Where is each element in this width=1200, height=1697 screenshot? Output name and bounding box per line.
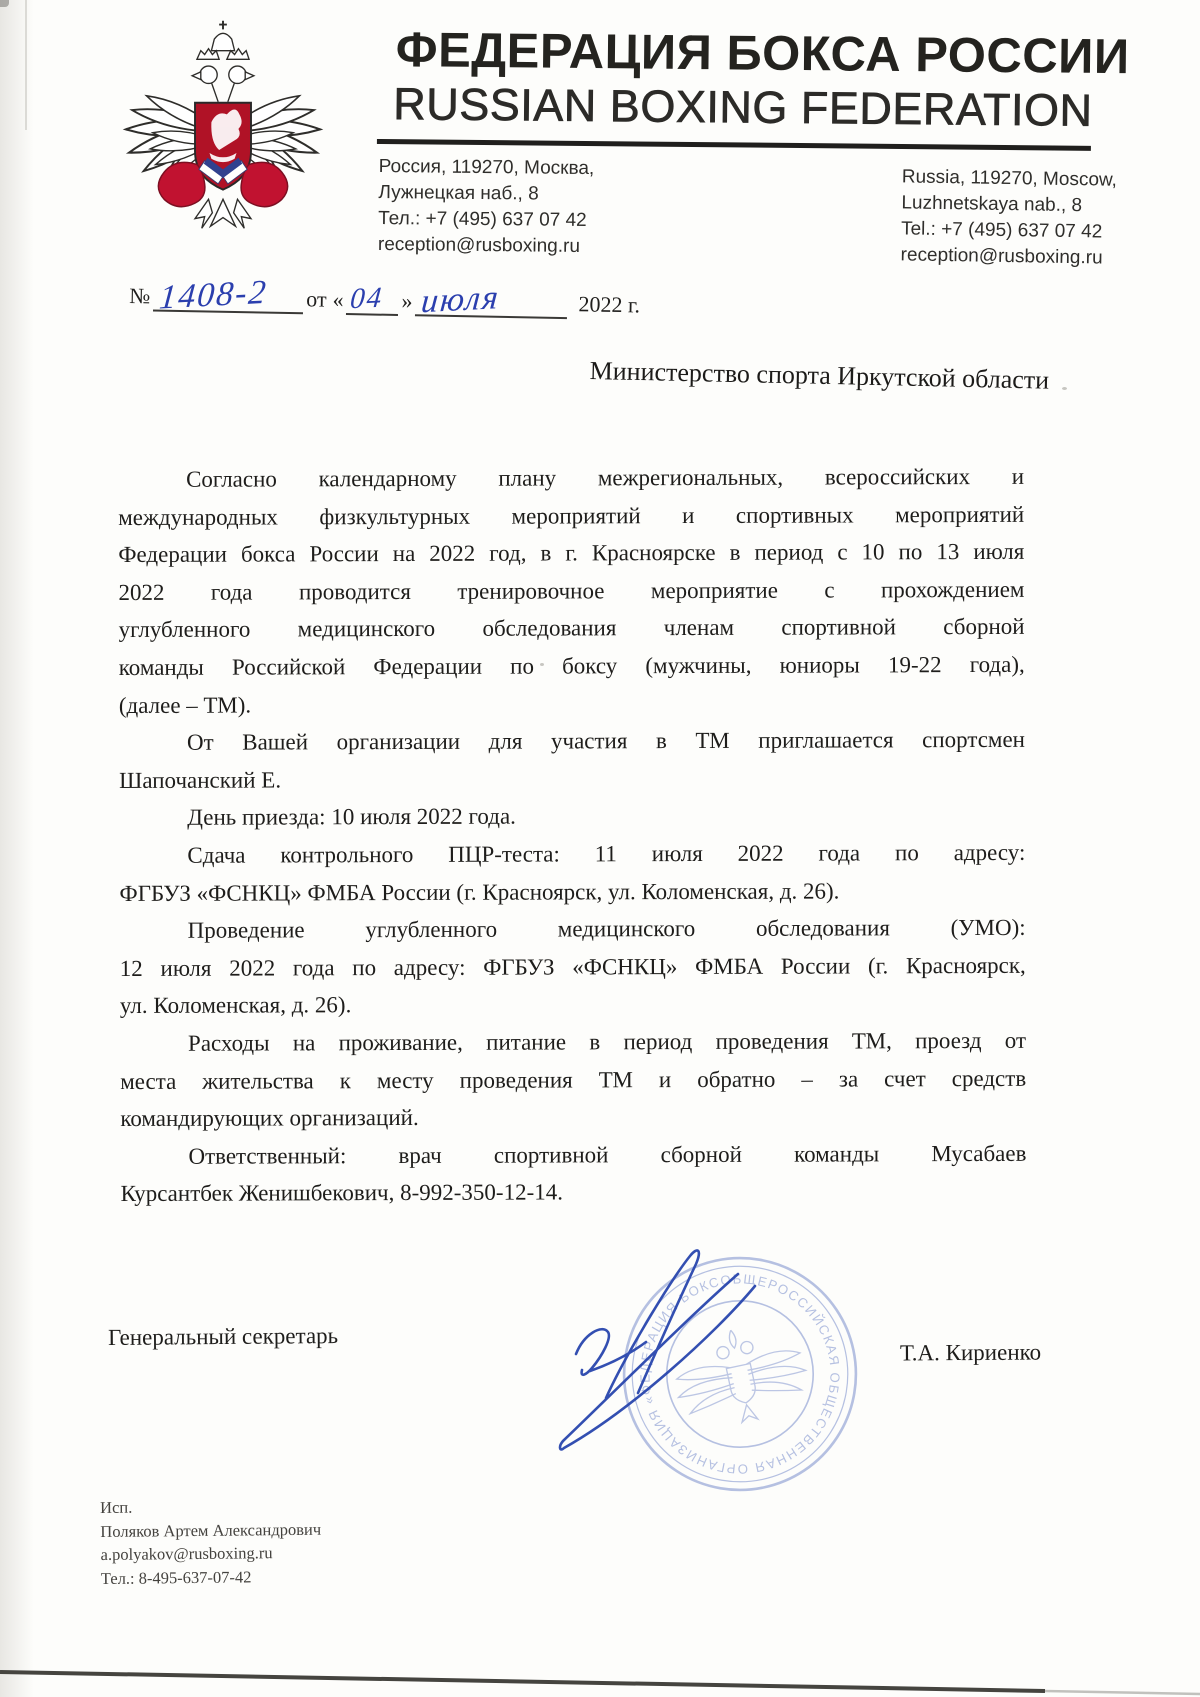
paper-speck <box>1062 387 1067 390</box>
body-line: От Вашей организации для участия в ТМ пр… <box>119 721 1025 762</box>
body-line: 2022 года проводится тренировочное мероп… <box>118 571 1024 612</box>
scan-edge-line <box>25 0 27 130</box>
quote-close: » <box>398 286 416 316</box>
address-line: Luzhnetskaya nab., 8 <box>901 190 1116 219</box>
executor-name: Поляков Артем Александрович <box>100 1517 321 1543</box>
body-line: Ответственный: врач спортивной сборной к… <box>120 1135 1026 1176</box>
signature-stroke <box>550 1236 790 1476</box>
body-line: углубленного медицинского обследования ч… <box>119 608 1025 649</box>
scan-bottom-edge <box>0 1655 1200 1697</box>
ref-month-blank: июля <box>415 272 568 319</box>
address-line: Лужнецкая наб., 8 <box>378 180 594 208</box>
executor-email: a.polyakov@rusboxing.ru <box>100 1541 321 1567</box>
scan-corner-artifact <box>0 0 9 7</box>
body-line: командирующих организаций. <box>120 1097 1026 1138</box>
address-line: reception@rusboxing.ru <box>900 242 1115 271</box>
org-name-ru: ФЕДЕРАЦИЯ БОКСА РОССИИ <box>396 22 1130 85</box>
body-line: команды Российской Федерации по боксу (м… <box>119 646 1025 687</box>
executor-block: Исп. Поляков Артем Александрович a.polya… <box>100 1494 322 1590</box>
body-line: Шапочанский Е. <box>119 759 1025 800</box>
address-block-ru: Россия, 119270, Москва, Лужнецкая наб., … <box>378 154 595 260</box>
address-block-en: Russia, 119270, Moscow, Luzhnetskaya nab… <box>900 164 1117 271</box>
letterhead-divider <box>377 139 1091 151</box>
body-line: места жительства к месту проведения ТМ и… <box>120 1059 1026 1100</box>
executor-phone: Тел.: 8-495-637-07-42 <box>101 1564 322 1590</box>
scanned-letter-page: ФЕДЕРАЦИЯ БОКСА РОССИИ RUSSIAN BOXING FE… <box>0 0 1200 1697</box>
reference-line: № 1408-2 от « 04 » июля 2022 г. <box>126 267 644 320</box>
body-line: Согласно календарному плану межрегиональ… <box>118 458 1024 499</box>
body-line: Проведение углубленного медицинского обс… <box>120 909 1026 950</box>
body-line: ул. Коломенская, д. 26). <box>120 984 1026 1025</box>
body-line: международных физкультурных мероприятий … <box>118 495 1024 536</box>
ref-number-blank: 1408-2 <box>153 268 304 315</box>
ref-number-handwritten: 1408-2 <box>158 274 270 318</box>
body-line: (далее – ТМ). <box>119 683 1025 724</box>
ref-year: 2022 г. <box>575 289 643 320</box>
body-line: День приезда: 10 июля 2022 года. <box>119 796 1025 837</box>
quote-open: « <box>329 285 347 315</box>
body-line: Сдача контрольного ПЦР-теста: 11 июля 20… <box>119 834 1025 875</box>
scan-left-shadow <box>0 0 34 1697</box>
body-line: ФГБУЗ «ФСНКЦ» ФМБА России (г. Красноярск… <box>119 871 1025 912</box>
number-sign: № <box>126 281 154 311</box>
addressee: Министерство спорта Иркутской области <box>589 356 1049 396</box>
body-line: Расходы на проживание, питание в период … <box>120 1022 1026 1063</box>
signer-title: Генеральный секретарь <box>108 1323 338 1351</box>
ref-month-handwritten: июля <box>420 279 502 321</box>
address-line: Россия, 119270, Москва, <box>379 154 595 182</box>
letter-body: Согласно календарному плану межрегиональ… <box>118 458 1027 1213</box>
address-line: Russia, 119270, Moscow, <box>902 164 1117 193</box>
ref-day-handwritten: 04 <box>349 281 385 316</box>
body-line: Курсантбек Женишбекович, 8-992-350-12-14… <box>120 1172 1026 1213</box>
body-line: Федерации бокса России на 2022 год, в г.… <box>118 533 1024 574</box>
rbf-emblem-logo <box>112 8 334 240</box>
address-line: Tel.: +7 (495) 637 07 42 <box>901 216 1116 245</box>
signer-name: Т.А. Кириенко <box>900 1340 1041 1367</box>
address-line: Тел.: +7 (495) 637 07 42 <box>378 206 594 234</box>
from-label: от <box>303 284 330 314</box>
address-line: reception@rusboxing.ru <box>378 232 594 260</box>
body-line: 12 июля 2022 года по адресу: ФГБУЗ «ФСНК… <box>120 947 1026 988</box>
org-name-en: RUSSIAN BOXING FEDERATION <box>393 78 1093 137</box>
ref-day-blank: 04 <box>346 271 399 316</box>
executor-label: Исп. <box>100 1494 321 1520</box>
